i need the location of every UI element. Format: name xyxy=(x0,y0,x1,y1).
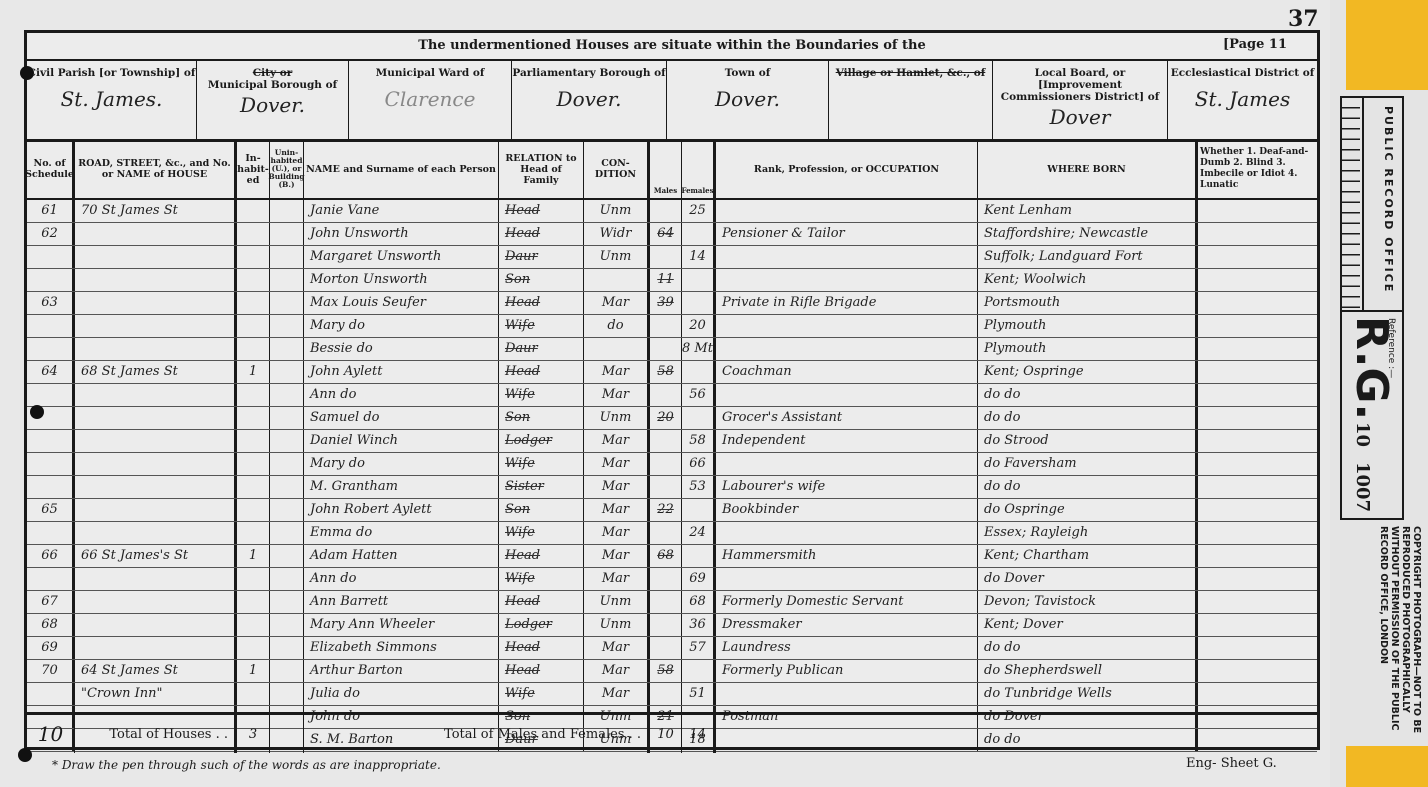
total-females: 14 xyxy=(682,715,716,753)
cell-condition xyxy=(584,269,650,291)
cell-name: Morton Unsworth xyxy=(304,269,499,291)
cell-female-age: 57 xyxy=(682,637,716,659)
col-condition: CON-DITION xyxy=(584,140,650,198)
cell-uninhabited xyxy=(270,476,304,498)
cell-where-born: do do xyxy=(978,384,1198,406)
cell-condition: Mar xyxy=(584,660,650,682)
cell-condition: do xyxy=(584,315,650,337)
cell-inhabited xyxy=(237,338,270,360)
cell-female-age xyxy=(682,361,716,383)
cell-uninhabited xyxy=(270,430,304,452)
cell-male-age xyxy=(650,430,682,452)
cell-uninhabited xyxy=(270,614,304,636)
cell-condition: Mar xyxy=(584,683,650,705)
cell-inhabited xyxy=(237,407,270,429)
boundary-municipal-borough: City orMunicipal Borough of Dover. xyxy=(197,61,349,139)
cell-uninhabited xyxy=(270,361,304,383)
cell-female-age: 24 xyxy=(682,522,716,544)
cell-name: John Aylett xyxy=(304,361,499,383)
col-road: ROAD, STREET, &c., and No. or NAME of HO… xyxy=(75,140,237,198)
cell-condition: Unm xyxy=(584,614,650,636)
cell-uninhabited xyxy=(270,637,304,659)
cell-male-age xyxy=(650,338,682,360)
cell-road xyxy=(75,407,237,429)
cell-name: M. Grantham xyxy=(304,476,499,498)
cell-where-born: do do xyxy=(978,407,1198,429)
cell-male-age xyxy=(650,637,682,659)
census-table: No. of Schedule ROAD, STREET, &c., and N… xyxy=(27,140,1317,752)
cell-male-age: 58 xyxy=(650,361,682,383)
cell-occupation: Coachman xyxy=(716,361,978,383)
total-males: 10 xyxy=(650,715,682,753)
cell-female-age xyxy=(682,292,716,314)
cell-schedule: 61 xyxy=(27,200,75,222)
cell-relation: Wife xyxy=(499,568,584,590)
cell-road xyxy=(75,223,237,245)
cell-relation: Daur xyxy=(499,338,584,360)
cell-male-age: 68 xyxy=(650,545,682,567)
cell-inhabited: 1 xyxy=(237,361,270,383)
totals-row: 10 Total of Houses . . 3 Total of Males … xyxy=(27,712,1317,753)
sheet-label: Eng- Sheet G. xyxy=(1186,756,1277,771)
ink-blot xyxy=(18,748,32,762)
boundary-parliamentary-borough: Parliamentary Borough of Dover. xyxy=(512,61,667,139)
cell-female-age: 20 xyxy=(682,315,716,337)
table-row: Bessie doDaur8 MthsPlymouth xyxy=(27,338,1317,361)
boundary-town: Town of Dover. xyxy=(667,61,829,139)
cell-occupation xyxy=(716,384,978,406)
cell-male-age xyxy=(650,200,682,222)
table-row: 63Max Louis SeuferHeadMar39Private in Ri… xyxy=(27,292,1317,315)
page-label: [Page 11 xyxy=(1223,37,1287,52)
cell-inhabited: 1 xyxy=(237,545,270,567)
cell-where-born: Essex; Rayleigh xyxy=(978,522,1198,544)
cell-condition: Unm xyxy=(584,200,650,222)
col-uninhabited: Unin-habited (U.), or Building (B.) xyxy=(270,140,304,198)
table-row: Margaret UnsworthDaurUnm14Suffolk; Landg… xyxy=(27,246,1317,269)
cell-road xyxy=(75,430,237,452)
total-persons-label: Total of Males and Females . . xyxy=(304,715,650,753)
cell-schedule xyxy=(27,384,75,406)
cell-name: Adam Hatten xyxy=(304,545,499,567)
col-relation: RELATION to Head of Family xyxy=(499,140,584,198)
cell-occupation: Formerly Publican xyxy=(716,660,978,682)
boundaries-row: Civil Parish [or Township] of St. James.… xyxy=(27,59,1317,142)
cell-infirmity xyxy=(1198,246,1317,268)
cell-relation: Wife xyxy=(499,683,584,705)
cell-road xyxy=(75,246,237,268)
cell-condition: Mar xyxy=(584,545,650,567)
cell-occupation xyxy=(716,246,978,268)
cell-male-age: 39 xyxy=(650,292,682,314)
cell-occupation xyxy=(716,568,978,590)
cell-uninhabited xyxy=(270,453,304,475)
cell-female-age: 69 xyxy=(682,568,716,590)
table-body: 6170 St James StJanie VaneHeadUnm25Kent … xyxy=(27,200,1317,752)
census-page: 37 The undermentioned Houses are situate… xyxy=(0,0,1330,787)
cell-infirmity xyxy=(1198,637,1317,659)
cell-infirmity xyxy=(1198,660,1317,682)
cell-where-born: do Dover xyxy=(978,568,1198,590)
cell-where-born: Kent; Woolwich xyxy=(978,269,1198,291)
table-row: 69Elizabeth SimmonsHeadMar57Laundressdo … xyxy=(27,637,1317,660)
table-row: M. GranthamSisterMar53Labourer's wifedo … xyxy=(27,476,1317,499)
cell-occupation xyxy=(716,522,978,544)
copyright-notice: COPYRIGHT PHOTOGRAPH—NOT TO BE REPRODUCE… xyxy=(1356,526,1422,744)
cell-inhabited xyxy=(237,476,270,498)
cell-schedule xyxy=(27,315,75,337)
cell-occupation: Formerly Domestic Servant xyxy=(716,591,978,613)
cell-uninhabited xyxy=(270,522,304,544)
cell-condition: Unm xyxy=(584,246,650,268)
cell-female-age xyxy=(682,223,716,245)
cell-female-age: 53 xyxy=(682,476,716,498)
cell-road xyxy=(75,338,237,360)
cell-inhabited xyxy=(237,591,270,613)
cell-schedule xyxy=(27,430,75,452)
cell-where-born: Staffordshire; Newcastle xyxy=(978,223,1198,245)
cell-road xyxy=(75,384,237,406)
cell-infirmity xyxy=(1198,223,1317,245)
cell-schedule: 63 xyxy=(27,292,75,314)
cell-road xyxy=(75,591,237,613)
cell-schedule xyxy=(27,269,75,291)
cell-road xyxy=(75,269,237,291)
cell-schedule xyxy=(27,246,75,268)
cell-condition: Unm xyxy=(584,591,650,613)
cell-road: "Crown Inn" xyxy=(75,683,237,705)
cell-condition: Mar xyxy=(584,430,650,452)
cell-male-age: 20 xyxy=(650,407,682,429)
cell-schedule xyxy=(27,476,75,498)
cell-relation: Lodger xyxy=(499,614,584,636)
cell-female-age: 58 xyxy=(682,430,716,452)
cell-relation: Son xyxy=(499,499,584,521)
cell-where-born: do Ospringe xyxy=(978,499,1198,521)
table-row: 7064 St James St1Arthur BartonHeadMar58F… xyxy=(27,660,1317,683)
cell-schedule: 68 xyxy=(27,614,75,636)
cell-male-age xyxy=(650,246,682,268)
cell-uninhabited xyxy=(270,407,304,429)
cell-occupation xyxy=(716,200,978,222)
measurement-ruler: PUBLIC RECORD OFFICE xyxy=(1340,96,1404,312)
cell-male-age xyxy=(650,453,682,475)
cell-male-age: 11 xyxy=(650,269,682,291)
cell-road xyxy=(75,476,237,498)
cell-female-age: 14 xyxy=(682,246,716,268)
table-row: Mary doWifedo20Plymouth xyxy=(27,315,1317,338)
cell-uninhabited xyxy=(270,660,304,682)
col-where-born: WHERE BORN xyxy=(978,140,1198,198)
cell-name: John Unsworth xyxy=(304,223,499,245)
cell-where-born: Devon; Tavistock xyxy=(978,591,1198,613)
cell-male-age: 64 xyxy=(650,223,682,245)
total-houses-label: Total of Houses . . xyxy=(75,715,237,753)
cell-inhabited xyxy=(237,315,270,337)
cell-male-age: 22 xyxy=(650,499,682,521)
cell-schedule xyxy=(27,338,75,360)
cell-schedule xyxy=(27,568,75,590)
census-form: The undermentioned Houses are situate wi… xyxy=(24,30,1320,750)
cell-infirmity xyxy=(1198,315,1317,337)
cell-female-age xyxy=(682,269,716,291)
table-row: 68Mary Ann WheelerLodgerUnm36DressmakerK… xyxy=(27,614,1317,637)
cell-road xyxy=(75,315,237,337)
cell-name: Bessie do xyxy=(304,338,499,360)
cell-female-age xyxy=(682,545,716,567)
cell-female-age: 56 xyxy=(682,384,716,406)
table-row: 65John Robert AylettSonMar22Bookbinderdo… xyxy=(27,499,1317,522)
cell-uninhabited xyxy=(270,683,304,705)
cell-uninhabited xyxy=(270,499,304,521)
cell-road xyxy=(75,568,237,590)
cell-infirmity xyxy=(1198,568,1317,590)
cell-inhabited: 1 xyxy=(237,660,270,682)
total-houses-value: 3 xyxy=(237,715,270,753)
reference-piece: 1007 xyxy=(1352,462,1373,512)
cell-uninhabited xyxy=(270,292,304,314)
col-females: Females xyxy=(682,140,716,198)
cell-where-born: do do xyxy=(978,476,1198,498)
cell-male-age xyxy=(650,591,682,613)
cell-uninhabited xyxy=(270,223,304,245)
cell-where-born: Suffolk; Landguard Fort xyxy=(978,246,1198,268)
col-infirmity: Whether 1. Deaf-and-Dumb 2. Blind 3. Imb… xyxy=(1198,140,1317,198)
cell-schedule: 69 xyxy=(27,637,75,659)
cell-occupation: Private in Rifle Brigade xyxy=(716,292,978,314)
ink-blot xyxy=(30,405,44,419)
office-label: PUBLIC RECORD OFFICE xyxy=(1382,106,1395,293)
table-row: 62John UnsworthHeadWidr64Pensioner & Tai… xyxy=(27,223,1317,246)
cell-where-born: Plymouth xyxy=(978,315,1198,337)
cell-road xyxy=(75,614,237,636)
cell-inhabited xyxy=(237,200,270,222)
cell-condition: Mar xyxy=(584,292,650,314)
cell-condition: Mar xyxy=(584,522,650,544)
cell-condition: Widr xyxy=(584,223,650,245)
cell-infirmity xyxy=(1198,591,1317,613)
total-schedules: 10 xyxy=(27,715,75,753)
cell-occupation: Laundress xyxy=(716,637,978,659)
cell-where-born: Kent; Ospringe xyxy=(978,361,1198,383)
cell-name: Mary Ann Wheeler xyxy=(304,614,499,636)
cell-occupation xyxy=(716,683,978,705)
cell-relation: Wife xyxy=(499,453,584,475)
cell-female-age: 25 xyxy=(682,200,716,222)
cell-occupation xyxy=(716,315,978,337)
cell-infirmity xyxy=(1198,614,1317,636)
boundary-civil-parish: Civil Parish [or Township] of St. James. xyxy=(27,61,197,139)
cell-condition: Mar xyxy=(584,637,650,659)
cell-female-age: 68 xyxy=(682,591,716,613)
cell-name: Mary do xyxy=(304,315,499,337)
cell-infirmity xyxy=(1198,292,1317,314)
cell-name: Daniel Winch xyxy=(304,430,499,452)
cell-female-age xyxy=(682,407,716,429)
cell-condition: Mar xyxy=(584,568,650,590)
cell-schedule: 70 xyxy=(27,660,75,682)
footnote: * Draw the pen through such of the words… xyxy=(52,758,441,772)
cell-male-age xyxy=(650,476,682,498)
cell-schedule: 64 xyxy=(27,361,75,383)
cell-road: 64 St James St xyxy=(75,660,237,682)
cell-infirmity xyxy=(1198,200,1317,222)
cell-uninhabited xyxy=(270,384,304,406)
cell-male-age xyxy=(650,315,682,337)
cell-relation: Head xyxy=(499,223,584,245)
cell-relation: Head xyxy=(499,292,584,314)
cell-relation: Wife xyxy=(499,522,584,544)
cell-relation: Head xyxy=(499,200,584,222)
cell-male-age xyxy=(650,568,682,590)
table-row: Ann doWifeMar69do Dover xyxy=(27,568,1317,591)
cell-inhabited xyxy=(237,246,270,268)
cell-uninhabited xyxy=(270,269,304,291)
cell-occupation: Hammersmith xyxy=(716,545,978,567)
cell-infirmity xyxy=(1198,361,1317,383)
cell-where-born: Plymouth xyxy=(978,338,1198,360)
table-row: "Crown Inn"Julia doWifeMar51do Tunbridge… xyxy=(27,683,1317,706)
cell-inhabited xyxy=(237,292,270,314)
col-occupation: Rank, Profession, or OCCUPATION xyxy=(716,140,978,198)
table-row: 6170 St James StJanie VaneHeadUnm25Kent … xyxy=(27,200,1317,223)
cell-male-age xyxy=(650,614,682,636)
cell-where-born: do Strood xyxy=(978,430,1198,452)
table-row: 67Ann BarrettHeadUnm68Formerly Domestic … xyxy=(27,591,1317,614)
cell-condition: Mar xyxy=(584,499,650,521)
cell-road: 70 St James St xyxy=(75,200,237,222)
cell-name: Mary do xyxy=(304,453,499,475)
cell-infirmity xyxy=(1198,338,1317,360)
cell-relation: Head xyxy=(499,545,584,567)
cell-infirmity xyxy=(1198,384,1317,406)
cell-inhabited xyxy=(237,223,270,245)
cell-road: 66 St James's St xyxy=(75,545,237,567)
cell-occupation xyxy=(716,269,978,291)
cell-inhabited xyxy=(237,384,270,406)
col-inhabited: In-habit-ed xyxy=(237,140,270,198)
cell-road: 68 St James St xyxy=(75,361,237,383)
cell-schedule: 66 xyxy=(27,545,75,567)
cell-road xyxy=(75,522,237,544)
cell-condition: Unm xyxy=(584,407,650,429)
ink-blot xyxy=(20,66,34,80)
cell-uninhabited xyxy=(270,591,304,613)
cell-schedule xyxy=(27,453,75,475)
cell-name: Ann do xyxy=(304,384,499,406)
cell-name: Ann do xyxy=(304,568,499,590)
cell-uninhabited xyxy=(270,315,304,337)
cell-uninhabited xyxy=(270,200,304,222)
cell-relation: Sister xyxy=(499,476,584,498)
cell-name: Ann Barrett xyxy=(304,591,499,613)
cell-relation: Head xyxy=(499,660,584,682)
cell-infirmity xyxy=(1198,522,1317,544)
reference-label: Reference :— xyxy=(1386,318,1396,378)
cell-inhabited xyxy=(237,499,270,521)
cell-condition: Mar xyxy=(584,453,650,475)
cell-relation: Son xyxy=(499,407,584,429)
cell-occupation: Labourer's wife xyxy=(716,476,978,498)
cell-name: Emma do xyxy=(304,522,499,544)
boundary-ecclesiastical-district: Ecclesiastical District of St. James xyxy=(1168,61,1317,139)
cell-name: Julia do xyxy=(304,683,499,705)
cell-female-age xyxy=(682,499,716,521)
cell-occupation: Bookbinder xyxy=(716,499,978,521)
cell-occupation: Grocer's Assistant xyxy=(716,407,978,429)
cell-road xyxy=(75,292,237,314)
cell-infirmity xyxy=(1198,453,1317,475)
cell-relation: Head xyxy=(499,361,584,383)
cell-road xyxy=(75,499,237,521)
cell-male-age xyxy=(650,522,682,544)
cell-female-age: 8 Mths xyxy=(682,338,716,360)
col-males: Males xyxy=(650,140,682,198)
cell-relation: Lodger xyxy=(499,430,584,452)
cell-occupation xyxy=(716,338,978,360)
cell-female-age: 66 xyxy=(682,453,716,475)
table-header: No. of Schedule ROAD, STREET, &c., and N… xyxy=(27,140,1317,200)
cell-name: John Robert Aylett xyxy=(304,499,499,521)
cell-schedule xyxy=(27,683,75,705)
cell-occupation: Independent xyxy=(716,430,978,452)
col-schedule: No. of Schedule xyxy=(27,140,75,198)
ruler-ticks xyxy=(1342,98,1360,310)
table-row: 6468 St James St1John AylettHeadMar58Coa… xyxy=(27,361,1317,384)
cell-schedule xyxy=(27,522,75,544)
archive-tab-bottom xyxy=(1346,746,1428,787)
cell-infirmity xyxy=(1198,476,1317,498)
cell-condition: Mar xyxy=(584,384,650,406)
archive-tab-top xyxy=(1346,0,1428,90)
cell-male-age: 58 xyxy=(650,660,682,682)
cell-inhabited xyxy=(237,568,270,590)
boundary-village: Village or Hamlet, &c., of xyxy=(829,61,993,139)
boundary-local-board: Local Board, or [Improvement Commissione… xyxy=(993,61,1168,139)
cell-where-born: do Tunbridge Wells xyxy=(978,683,1198,705)
reference-box: R.G. Reference :— 10 1007 xyxy=(1340,310,1404,520)
cell-infirmity xyxy=(1198,499,1317,521)
cell-female-age: 36 xyxy=(682,614,716,636)
cell-inhabited xyxy=(237,269,270,291)
cell-inhabited xyxy=(237,614,270,636)
cell-occupation xyxy=(716,453,978,475)
cell-name: Janie Vane xyxy=(304,200,499,222)
cell-relation: Daur xyxy=(499,246,584,268)
cell-inhabited xyxy=(237,430,270,452)
cell-name: Elizabeth Simmons xyxy=(304,637,499,659)
cell-inhabited xyxy=(237,522,270,544)
cell-infirmity xyxy=(1198,407,1317,429)
cell-uninhabited xyxy=(270,246,304,268)
reference-series: 10 xyxy=(1352,422,1373,447)
cell-male-age xyxy=(650,384,682,406)
folio-number: 37 xyxy=(1288,6,1319,32)
cell-where-born: do Faversham xyxy=(978,453,1198,475)
cell-uninhabited xyxy=(270,568,304,590)
cell-condition: Mar xyxy=(584,476,650,498)
cell-inhabited xyxy=(237,453,270,475)
cell-infirmity xyxy=(1198,545,1317,567)
cell-road xyxy=(75,453,237,475)
table-row: 6666 St James's St1Adam HattenHeadMar68H… xyxy=(27,545,1317,568)
cell-occupation: Pensioner & Tailor xyxy=(716,223,978,245)
cell-infirmity xyxy=(1198,430,1317,452)
cell-occupation: Dressmaker xyxy=(716,614,978,636)
cell-relation: Wife xyxy=(499,315,584,337)
cell-relation: Head xyxy=(499,591,584,613)
cell-where-born: Portsmouth xyxy=(978,292,1198,314)
